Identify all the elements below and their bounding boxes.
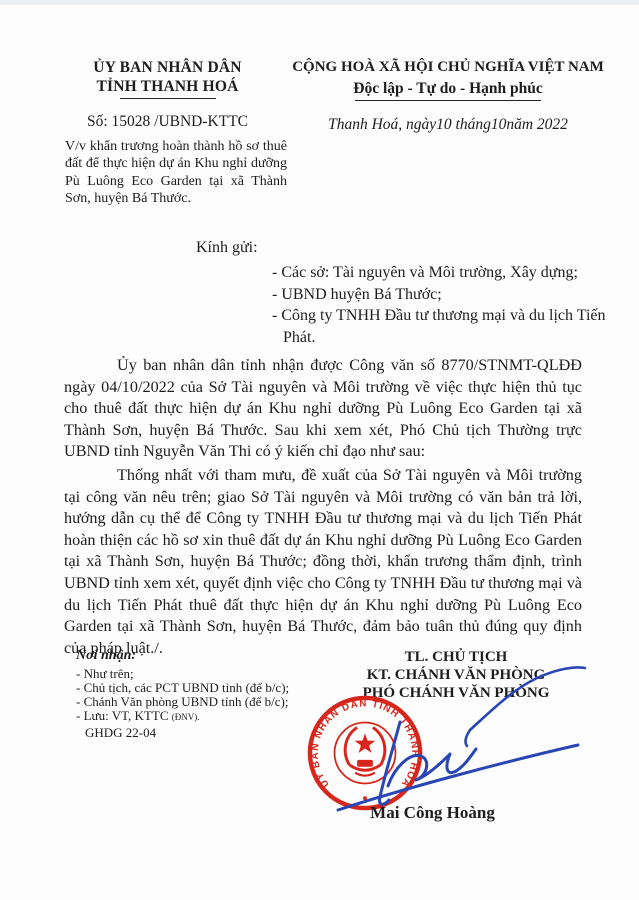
recipient-item: - Các sở: Tài nguyên và Môi trường, Xây …: [272, 262, 606, 284]
scan-edge: [0, 0, 639, 5]
document-number: Số: 15028 /UBND-KTTC: [40, 112, 295, 131]
distribution-label: Nơi nhận:: [76, 648, 356, 664]
issuing-org-province: TỈNH THANH HOÁ: [40, 77, 295, 96]
signature-ink: [322, 660, 588, 818]
place-date: Thanh Hoá, ngày10 tháng10năm 2022: [283, 116, 613, 134]
national-motto: Độc lập - Tự do - Hạnh phúc: [283, 79, 613, 98]
national-header-block: CỘNG HOÀ XÃ HỘI CHỦ NGHĨA VIỆT NAM Độc l…: [283, 58, 613, 134]
distribution-item: - Như trên;: [76, 667, 356, 681]
document-subject: V/v khẩn trương hoàn thành hồ sơ thuê đấ…: [65, 138, 287, 207]
body-paragraph-1: Ủy ban nhân dân tỉnh nhận được Công văn …: [64, 355, 582, 463]
signer-name: Mai Công Hoàng: [330, 803, 535, 823]
luu-sub-text: (ĐNV).: [172, 712, 200, 722]
issuing-org-name: ỦY BAN NHÂN DÂN: [40, 58, 295, 77]
luu-main-text: - Lưu: VT, KTTC: [76, 708, 172, 723]
motto-underline: [355, 100, 541, 101]
salutation-label: Kính gửi:: [196, 239, 258, 257]
recipient-list: - Các sở: Tài nguyên và Môi trường, Xây …: [272, 262, 606, 348]
body-paragraph-2: Thống nhất với tham mưu, đề xuất của Sở …: [64, 465, 582, 659]
recipient-item: - Công ty TNHH Đầu tư thương mại và du l…: [272, 305, 606, 348]
org-underline: [120, 98, 216, 99]
issuing-org-block: ỦY BAN NHÂN DÂN TỈNH THANH HOÁ Số: 15028…: [40, 58, 295, 207]
recipient-item: - UBND huyện Bá Thước;: [272, 284, 606, 306]
distribution-item: - Chủ tịch, các PCT UBND tỉnh (để b/c);: [76, 681, 356, 695]
document-page: ỦY BAN NHÂN DÂN TỈNH THANH HOÁ Số: 15028…: [0, 0, 639, 900]
body-text: Ủy ban nhân dân tỉnh nhận được Công văn …: [64, 355, 582, 659]
national-title: CỘNG HOÀ XÃ HỘI CHỦ NGHĨA VIỆT NAM: [283, 58, 613, 77]
